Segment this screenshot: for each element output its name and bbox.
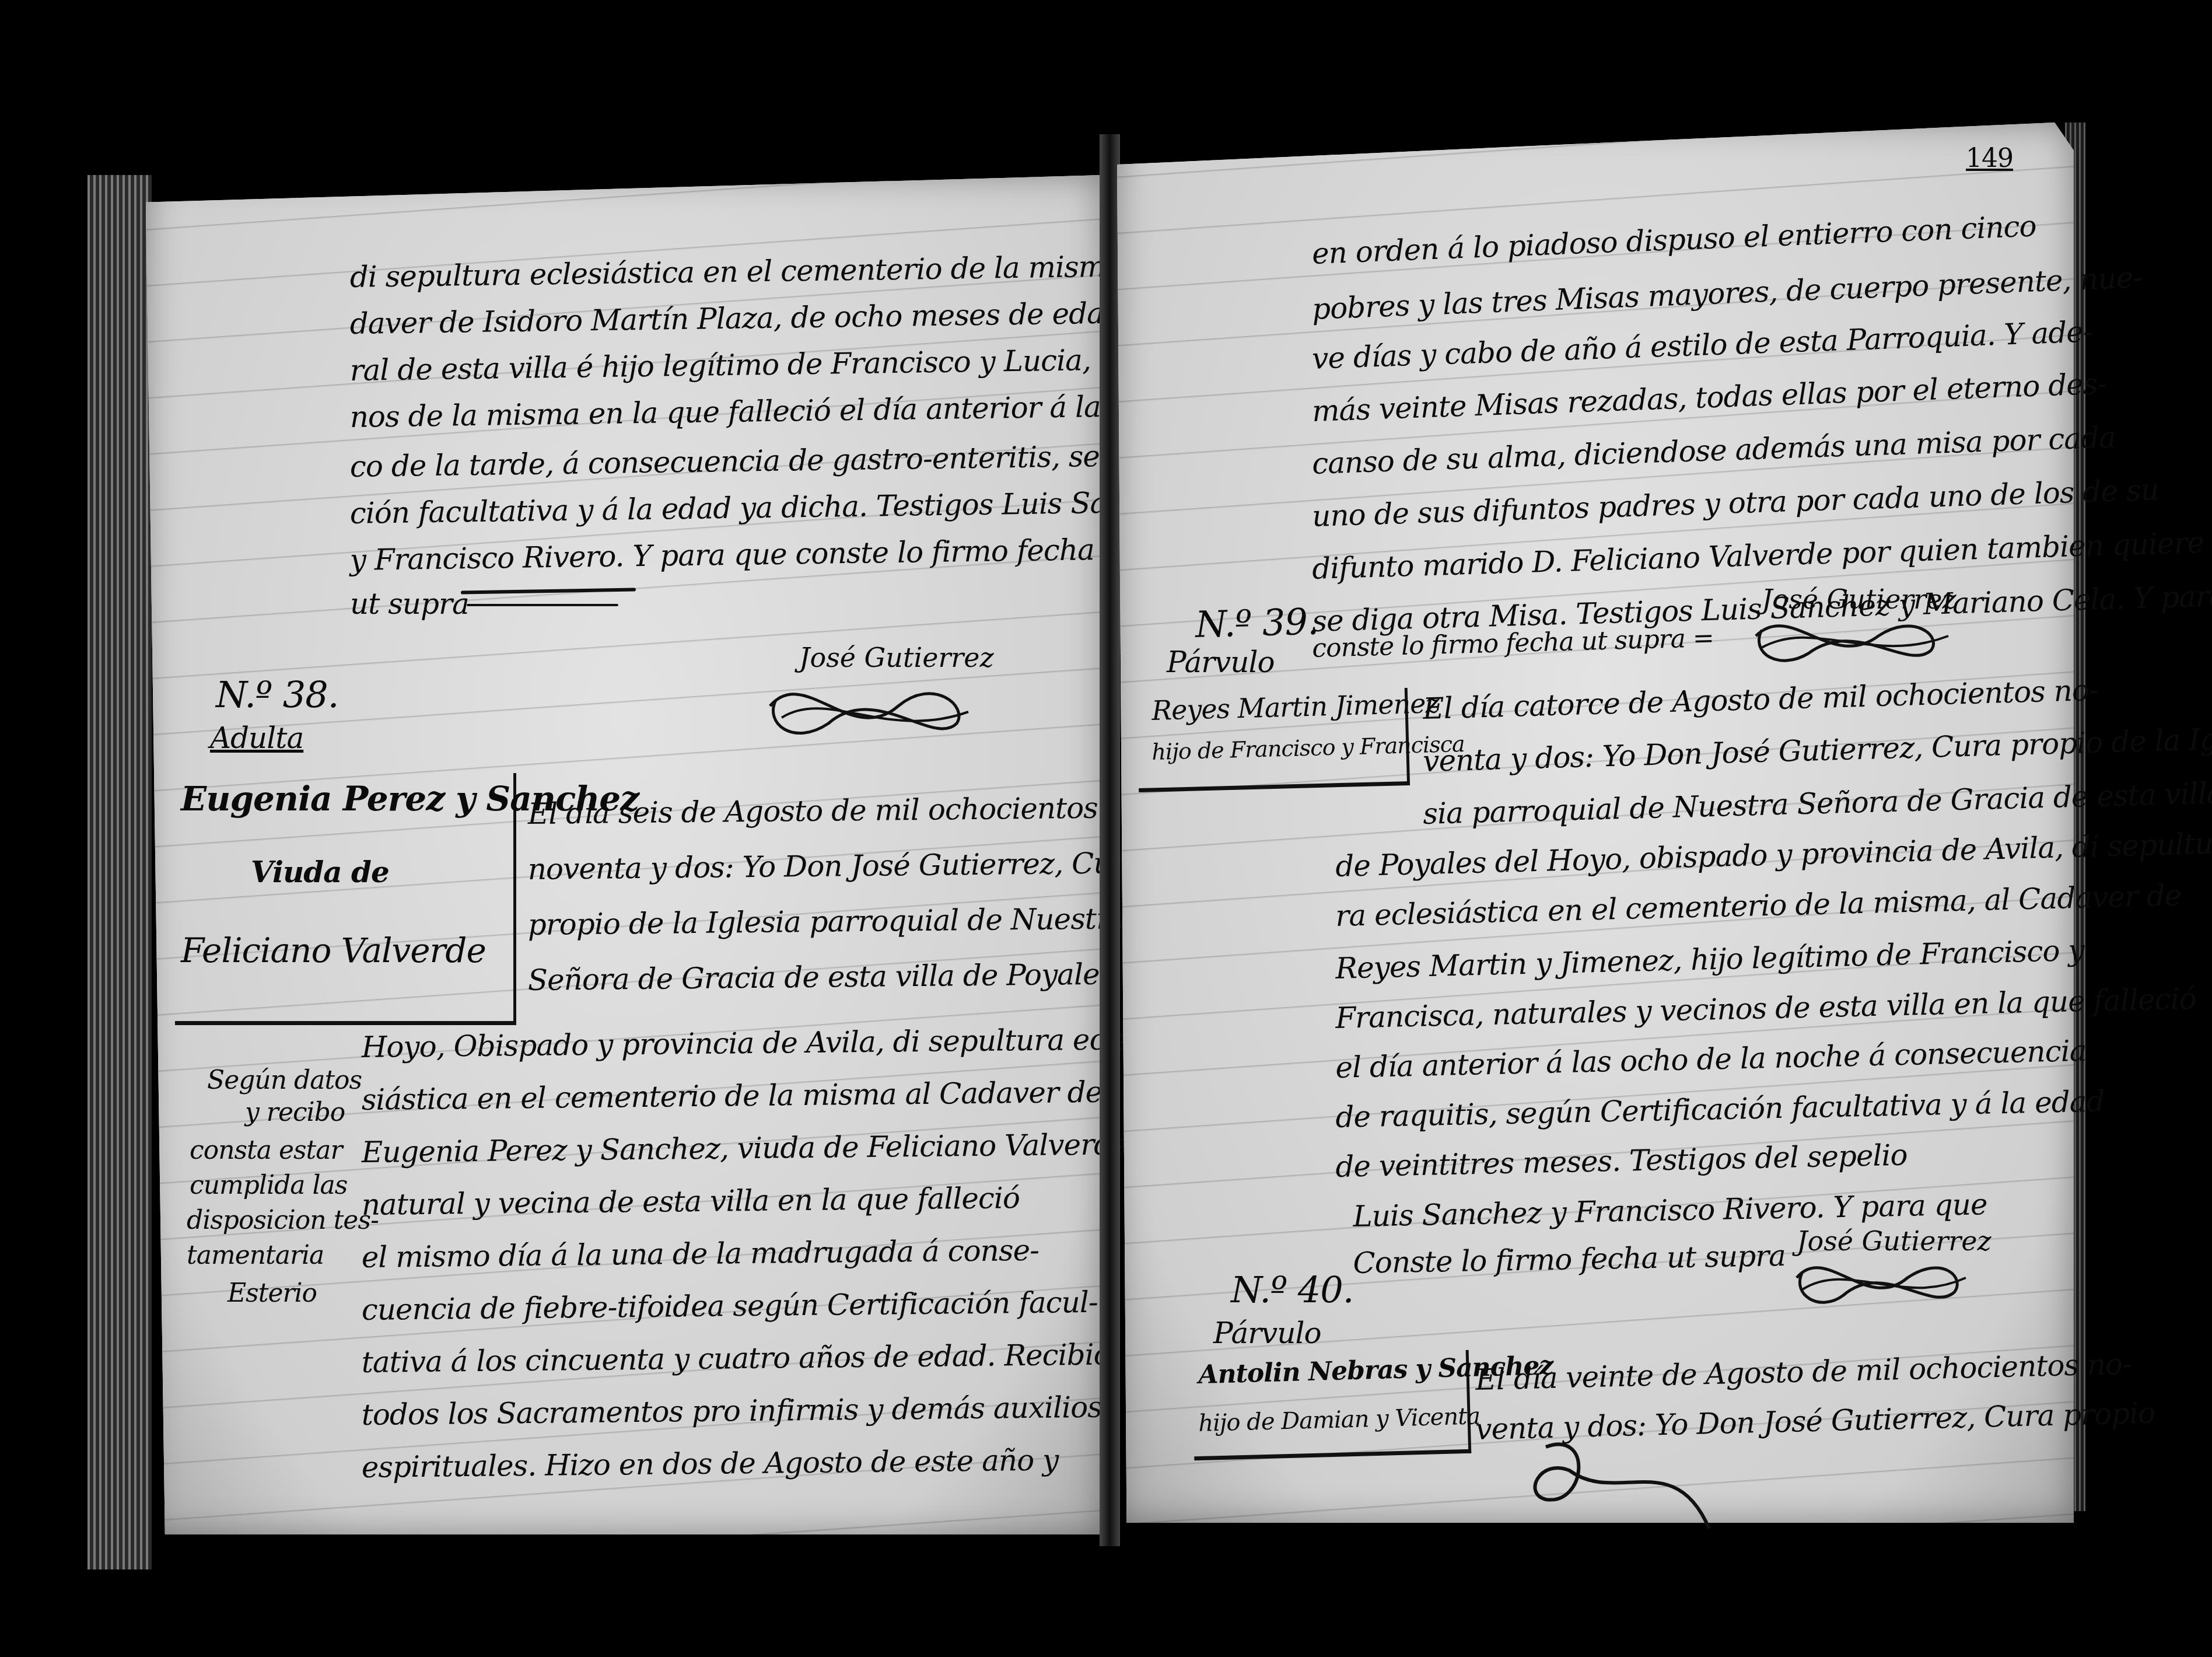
signature-flourish-icon <box>1744 607 1954 671</box>
margin-note-line-1: Según datos <box>207 1068 362 1093</box>
entry-38-line-9: el mismo día á la una de la madrugada á … <box>361 1236 1039 1272</box>
entry-38-line-11: tativa á los cincuenta y cuatro años de … <box>361 1340 1111 1377</box>
entry-38-line-8: natural y vecina de esta villa en la que… <box>361 1183 1020 1219</box>
margin-note-line-7: Esterio <box>228 1281 317 1306</box>
closing-flourish-icon <box>1522 1435 1732 1540</box>
deceased-name-39: Reyes Martin Jimenez <box>1151 690 1439 724</box>
spouse-name-38: Feliciano Valverde <box>181 934 486 967</box>
entry-39-line-12: Conste lo firmo fecha ut supra <box>1353 1241 1786 1278</box>
entry-number-40: N.º 40. <box>1231 1272 1353 1308</box>
entry-38-line-2: noventa y dos: Yo Don José Gutierrez, Cu… <box>527 848 1142 884</box>
signature-flourish-icon <box>758 671 980 753</box>
book-gutter <box>1100 134 1120 1546</box>
entry-category-39: Párvulo <box>1167 648 1275 677</box>
entry-38-line-6: siástica en el cementerio de la misma al… <box>361 1078 1102 1114</box>
entry-38-line-3: propio de la Iglesia parroquial de Nuest… <box>527 904 1126 939</box>
page-stack-left-edge <box>87 175 152 1569</box>
priest-signature: José Gutierrez <box>799 642 994 673</box>
open-register-book: di sepultura eclesiástica en el cementer… <box>0 0 2212 1657</box>
entry-number-38: N.º 38. <box>216 677 338 713</box>
entry-38-line-13: espirituales. Hizo en dos de Agosto de e… <box>361 1445 1058 1482</box>
signature-flourish-icon <box>1785 1249 1972 1313</box>
margin-note-line-2: y recibo <box>245 1100 345 1125</box>
entry-38-line-4: Señora de Gracia de esta villa de Poyale… <box>527 959 1166 995</box>
entry-number-39: N.º 39. <box>1195 604 1318 643</box>
entry-38-line-1: El día seis de Agosto de mil ochocientos <box>527 793 1098 829</box>
entry-38-line-5: Hoyo, Obispado y provincia de Avila, di … <box>361 1025 1140 1062</box>
closing-rule <box>467 604 618 606</box>
entry-38-line-12: todos los Sacramentos pro infirmis y dem… <box>361 1393 1102 1429</box>
margin-note-line-4: cumplida las <box>190 1173 347 1198</box>
left-continuation-line-8: ut supra <box>350 589 469 618</box>
entry-category-38: Adulta <box>210 723 303 753</box>
widow-of-label-38: Viuda de <box>251 858 389 887</box>
entry-38-line-10: cuencia de fiebre-tifoidea según Certifi… <box>361 1288 1097 1324</box>
parents-40: hijo de Damian y Vicenta <box>1198 1404 1480 1435</box>
margin-note-line-3: consta estar <box>190 1138 342 1163</box>
page-number: 149 <box>1966 146 2013 172</box>
margin-note-line-6: tamentaria <box>187 1243 324 1268</box>
entry-category-40: Párvulo <box>1213 1319 1321 1348</box>
margin-note-line-5: disposicion tes- <box>187 1208 379 1233</box>
entry-38-line-7: Eugenia Perez y Sanchez, viuda de Felici… <box>361 1130 1129 1167</box>
